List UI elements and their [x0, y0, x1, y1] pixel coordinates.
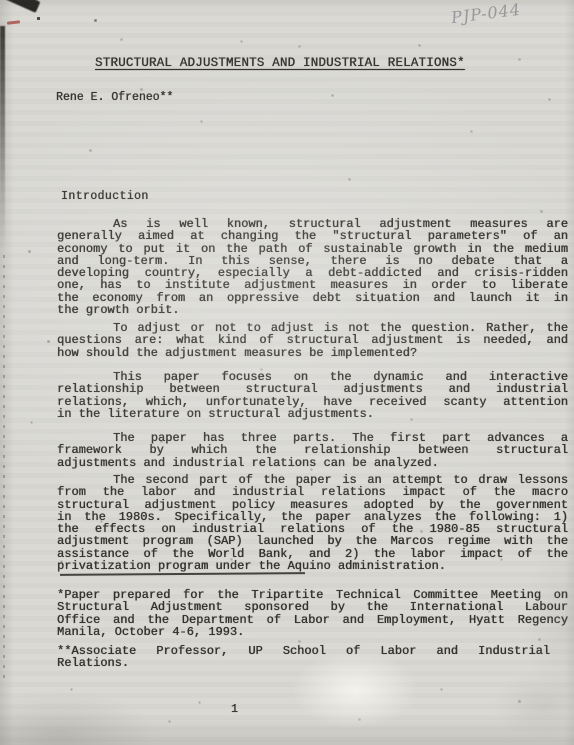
footnote-1: *Paper prepared for the Tripartite Techn…: [57, 589, 568, 638]
text-line: how should the adjustment measures be im…: [57, 347, 568, 359]
scan-corner-smudge: [0, 0, 40, 13]
paragraph-2: To adjust or not to adjust is not the qu…: [57, 322, 568, 359]
scan-speckles: [0, 0, 1, 1]
text-line: privatization program under the Aquino a…: [57, 560, 568, 572]
text-line: **Associate Professor, UP School of Labo…: [57, 645, 550, 657]
text-line: framework by which the relationship betw…: [57, 444, 568, 456]
text-line: generally aimed at changing the "structu…: [57, 230, 568, 242]
author-line: Rene E. Ofreneo**: [56, 91, 173, 104]
text-line: Structural Adjustment sponsored by the I…: [57, 601, 568, 613]
text-line: one, has to institute adjustment measure…: [57, 279, 568, 291]
footnote-2: **Associate Professor, UP School of Labo…: [57, 645, 550, 670]
text-line: in the literature on structural adjustme…: [57, 408, 568, 420]
text-line: Manila, October 4-6, 1993.: [57, 626, 568, 638]
text-line: Relations.: [57, 657, 550, 669]
page-title: STRUCTURAL ADJUSTMENTS AND INDUSTRIAL RE…: [95, 56, 465, 70]
paragraph-4: The paper has three parts. The first par…: [57, 432, 568, 469]
text-line: adjustment program (SAP) launched by the…: [57, 535, 568, 547]
paragraph-3: This paper focuses on the dynamic and in…: [57, 371, 568, 420]
paragraph-1: As is well known, structural adjustment …: [57, 218, 568, 316]
footnote-separator: [60, 572, 305, 576]
section-heading: Introduction: [61, 190, 149, 203]
text-line: the growth orbit.: [57, 304, 568, 316]
scanned-page: PJP-044 STRUCTURAL ADJUSTMENTS AND INDUS…: [0, 0, 574, 745]
scan-red-mark: [7, 20, 20, 24]
scan-left-edge-streak: [0, 26, 5, 251]
text-line: relationship between structural adjustme…: [57, 383, 568, 395]
text-line: from the labor and industrial relations …: [57, 486, 568, 498]
page-number: 1: [231, 703, 238, 716]
scan-left-edge-dots: [3, 255, 5, 685]
text-line: questions are: what kind of structural a…: [57, 334, 568, 346]
text-line: adjustments and industrial relations can…: [57, 457, 568, 469]
handwritten-code: PJP-044: [450, 0, 522, 27]
paragraph-5: The second part of the paper is an attem…: [57, 474, 568, 572]
